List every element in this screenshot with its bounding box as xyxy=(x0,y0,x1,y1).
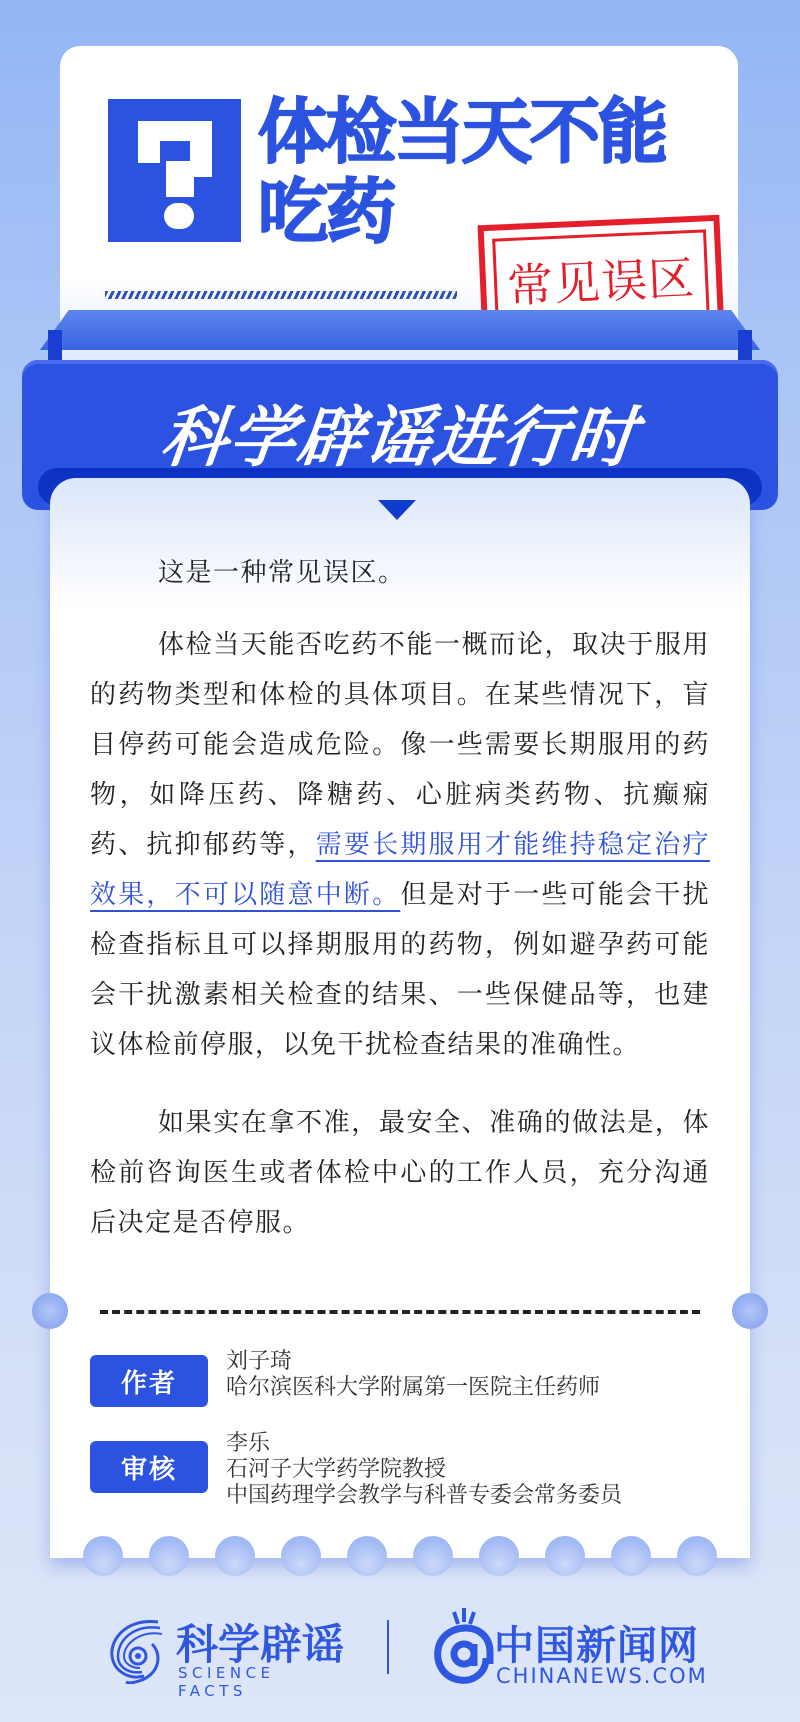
paragraph-main-text: 体检当天能否吃药不能一概而论，取决于服用的药物类型和体检的具体项目。在某些情况下… xyxy=(90,630,710,860)
reviewer-title-1: 石河子大学药学院教授 xyxy=(226,1457,622,1483)
science-facts-logo: 科学辟谣 SCIENCE FACTS xyxy=(108,1610,348,1690)
article-body: 这是一种常见误区。 体检当天能否吃药不能一概而论，取决于服用的药物类型和体检的具… xyxy=(90,548,710,1276)
scallop xyxy=(149,1536,189,1576)
author-title: 哈尔滨医科大学附属第一医院主任药师 xyxy=(226,1375,600,1401)
chinanews-logo-cn: 中国新闻网 xyxy=(494,1614,699,1671)
scallop xyxy=(611,1536,651,1576)
paragraph-conclusion: 如果实在拿不准，最安全、准确的做法是，体检前咨询医生或者体检中心的工作人员，充分… xyxy=(90,1098,710,1248)
footer: 科学辟谣 SCIENCE FACTS 中国新闻网 CHINANEWS.COM xyxy=(0,1600,800,1700)
scallop xyxy=(479,1536,519,1576)
scalloped-edge xyxy=(50,1530,750,1560)
tray-edge-right xyxy=(738,330,752,360)
scallop xyxy=(545,1536,585,1576)
reviewer-tag: 审核 xyxy=(90,1441,208,1493)
author-info: 刘子琦 哈尔滨医科大学附属第一医院主任药师 xyxy=(226,1349,600,1407)
science-facts-logo-cn: 科学辟谣 xyxy=(176,1612,344,1672)
reviewer-title-2: 中国药理学会教学与科普专委会常务委员 xyxy=(226,1483,622,1509)
footer-divider xyxy=(387,1620,389,1674)
ticket-notch-left xyxy=(32,1293,68,1329)
author-tag: 作者 xyxy=(90,1355,208,1407)
scallop xyxy=(83,1536,123,1576)
reviewer-info: 李乐 石河子大学药学院教授 中国药理学会教学与科普专委会常务委员 xyxy=(226,1431,622,1509)
question-mark-icon xyxy=(108,99,241,242)
author-credit: 作者 刘子琦 哈尔滨医科大学附属第一医院主任药师 xyxy=(90,1355,600,1407)
paragraph-main: 体检当天能否吃药不能一概而论，取决于服用的药物类型和体检的具体项目。在某些情况下… xyxy=(90,620,710,1070)
science-facts-swirl-icon xyxy=(108,1614,170,1684)
arrow-down-icon xyxy=(378,500,416,520)
tray-back xyxy=(40,310,760,350)
tray-edge-left xyxy=(48,330,62,360)
paragraph-intro: 这是一种常见误区。 xyxy=(90,548,710,598)
scallop xyxy=(413,1536,453,1576)
scallop xyxy=(677,1536,717,1576)
science-facts-logo-en: SCIENCE FACTS xyxy=(178,1664,348,1700)
ticket-notch-right xyxy=(732,1293,768,1329)
chinanews-logo-en: CHINANEWS.COM xyxy=(496,1664,708,1688)
at-sign-icon xyxy=(432,1608,498,1688)
scallop xyxy=(347,1536,387,1576)
banner-title: 科学辟谣进行时 xyxy=(0,384,800,479)
reviewer-name: 李乐 xyxy=(226,1431,622,1457)
dashed-divider xyxy=(100,1310,700,1314)
scallop xyxy=(215,1536,255,1576)
title-line-1: 体检当天不能 xyxy=(258,92,698,172)
hatched-divider xyxy=(105,291,457,299)
author-name: 刘子琦 xyxy=(226,1349,600,1375)
reviewer-credit: 审核 李乐 石河子大学药学院教授 中国药理学会教学与科普专委会常务委员 xyxy=(90,1441,622,1509)
scallop xyxy=(281,1536,321,1576)
chinanews-logo: 中国新闻网 CHINANEWS.COM xyxy=(432,1600,712,1700)
